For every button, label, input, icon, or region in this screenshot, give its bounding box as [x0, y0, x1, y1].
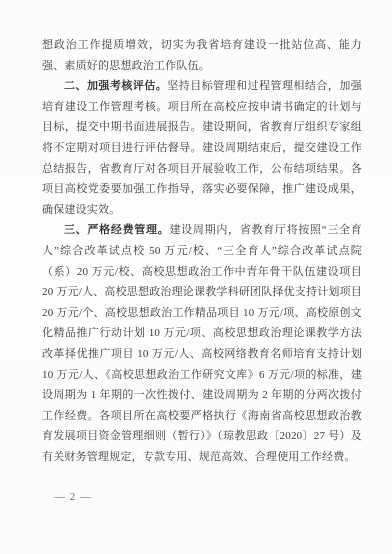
- section-2-heading: 二、加强考核评估。: [64, 80, 167, 92]
- page-number: — 2 —: [54, 491, 92, 503]
- document-page: 想政治工作提质增效，切实为我省培育建设一批站位高、能力强、素质好的思想政治工作队…: [0, 0, 392, 554]
- paragraph-section-2: 二、加强考核评估。坚持目标管理和过程管理相结合，加强培育建设工作管理考核。项目所…: [42, 76, 362, 220]
- section-3-body: 建设周期内，省教育厅将按照“三全育人”综合改革试点校 50 万元/校、“三全育人…: [42, 224, 362, 463]
- paragraph-continuation: 想政治工作提质增效，切实为我省培育建设一批站位高、能力强、素质好的思想政治工作队…: [42, 35, 362, 76]
- document-content: 想政治工作提质增效，切实为我省培育建设一批站位高、能力强、素质好的思想政治工作队…: [42, 35, 362, 467]
- paragraph-section-3: 三、严格经费管理。建设周期内，省教育厅将按照“三全育人”综合改革试点校 50 万…: [42, 220, 362, 467]
- section-3-heading: 三、严格经费管理。: [64, 224, 169, 236]
- section-2-body: 坚持目标管理和过程管理相结合，加强培育建设工作管理考核。项目所在高校应按申请书确…: [42, 80, 362, 216]
